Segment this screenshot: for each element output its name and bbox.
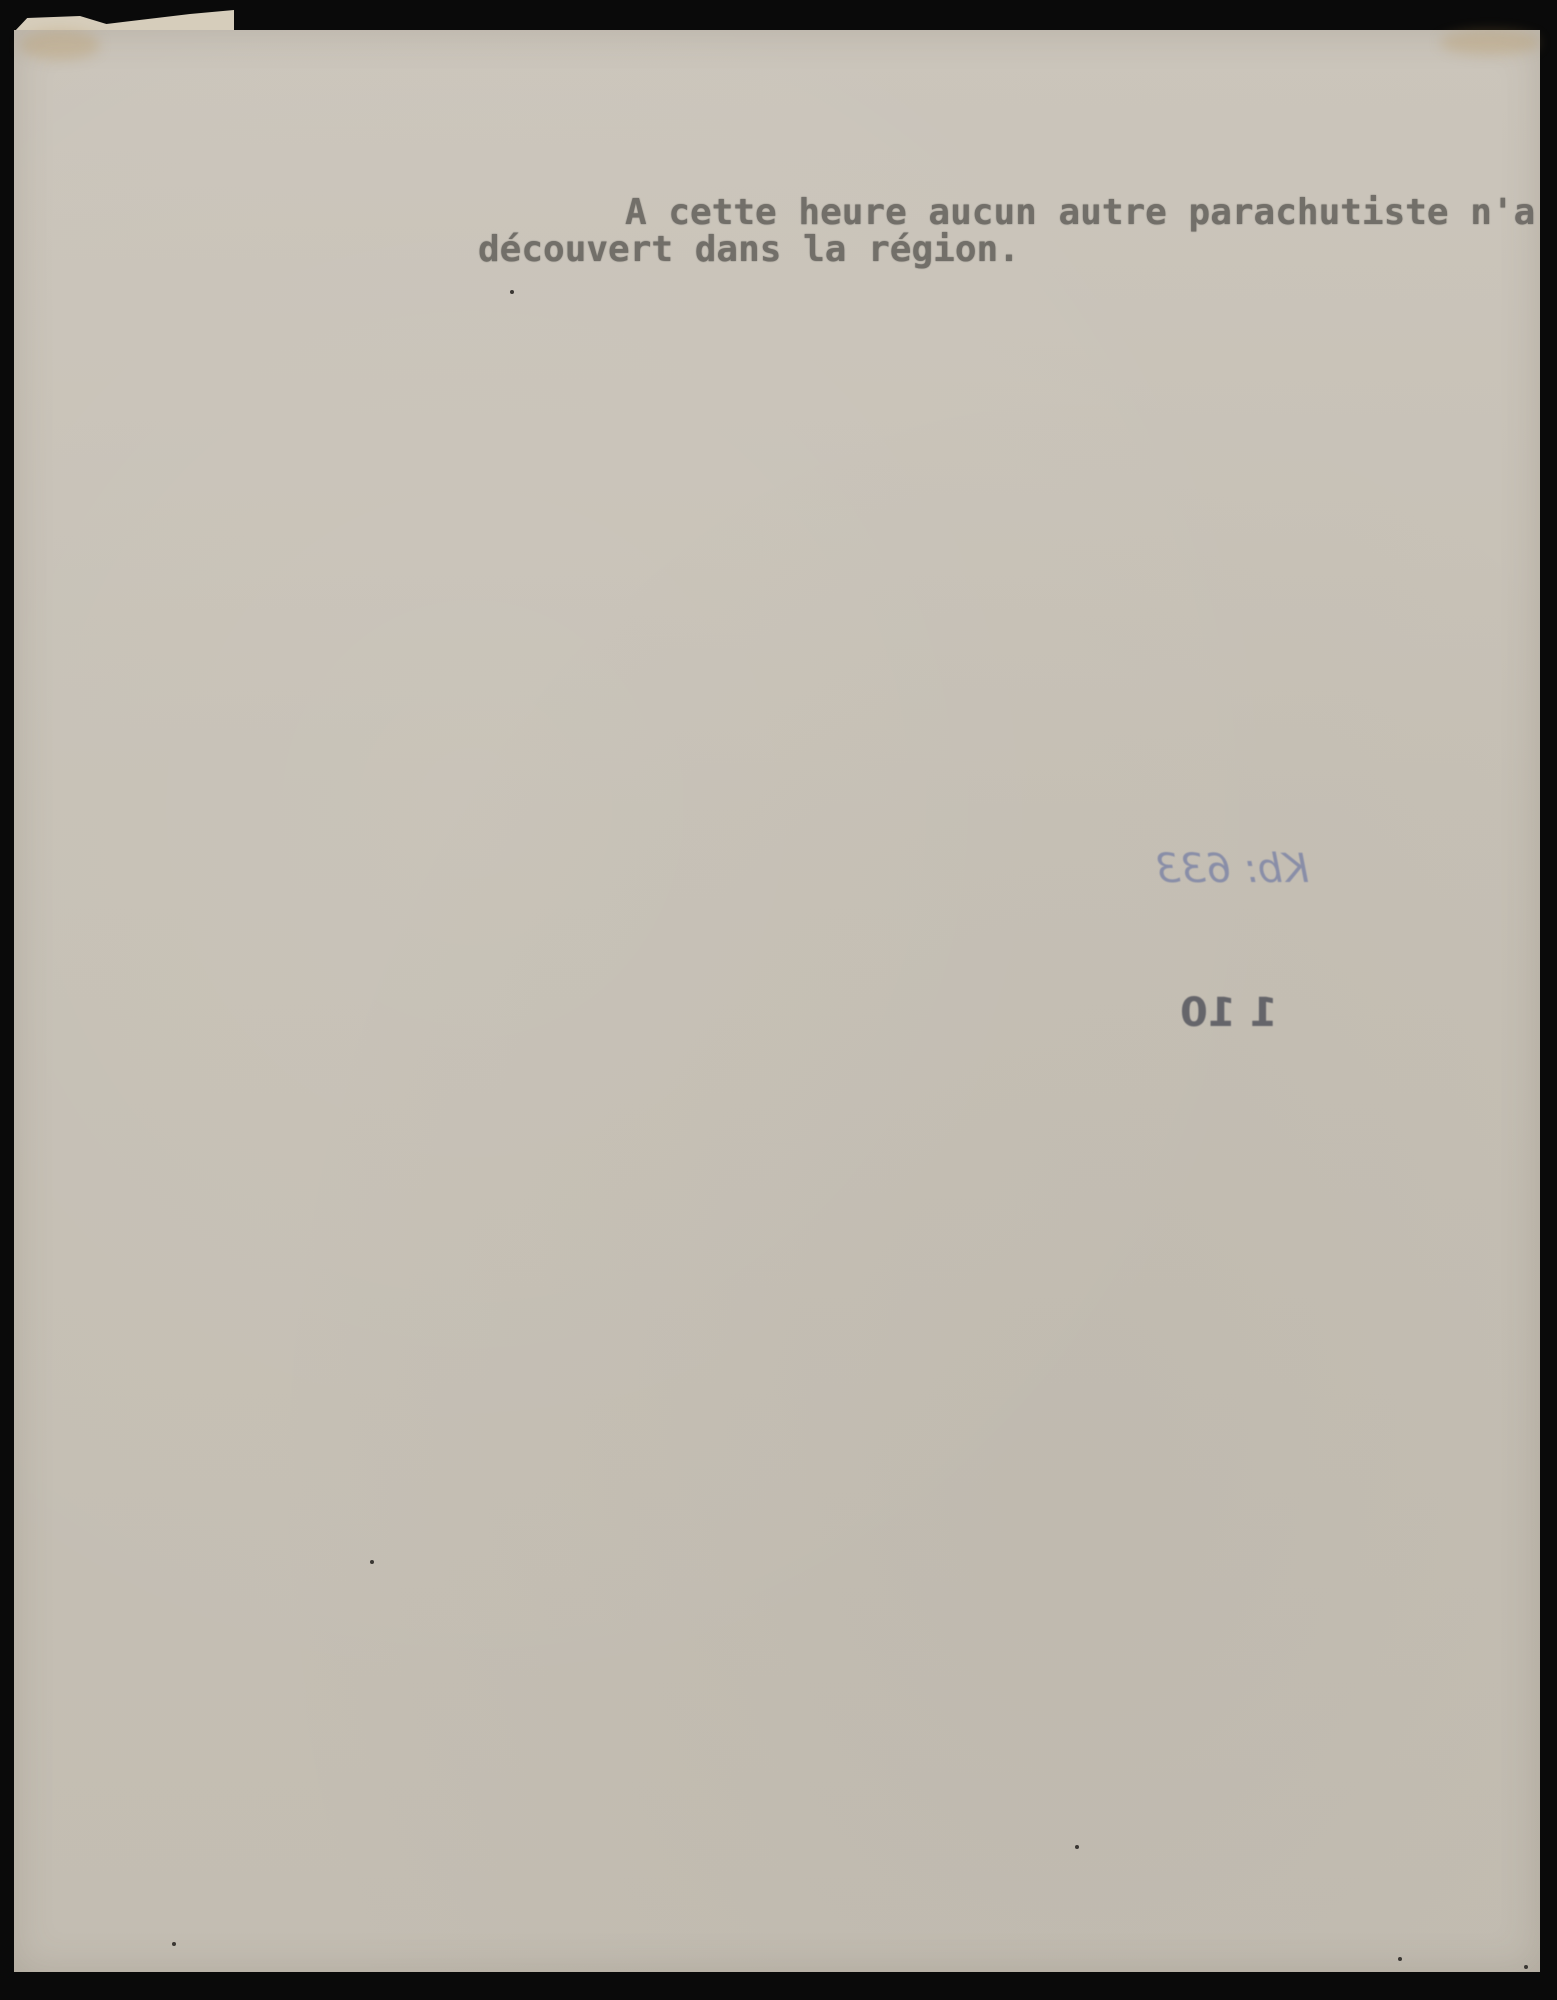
typed-text-line-2: découvert dans la région. (478, 232, 1020, 268)
handwritten-page-number: 1 10 (1180, 990, 1277, 1036)
paper-stain (20, 30, 100, 60)
paper-speck (510, 290, 514, 294)
paper-speck (1524, 1965, 1528, 1969)
handwritten-reference-mark: Kb: 633 (1155, 846, 1309, 892)
typed-text-line-1: A cette heure aucun autre parachutiste n… (625, 195, 1557, 231)
document-page (14, 30, 1540, 1972)
paper-speck (172, 1942, 176, 1946)
paper-speck (1398, 1957, 1402, 1961)
paper-stain (1440, 30, 1540, 55)
paper-speck (370, 1560, 374, 1564)
paper-speck (1075, 1845, 1079, 1849)
